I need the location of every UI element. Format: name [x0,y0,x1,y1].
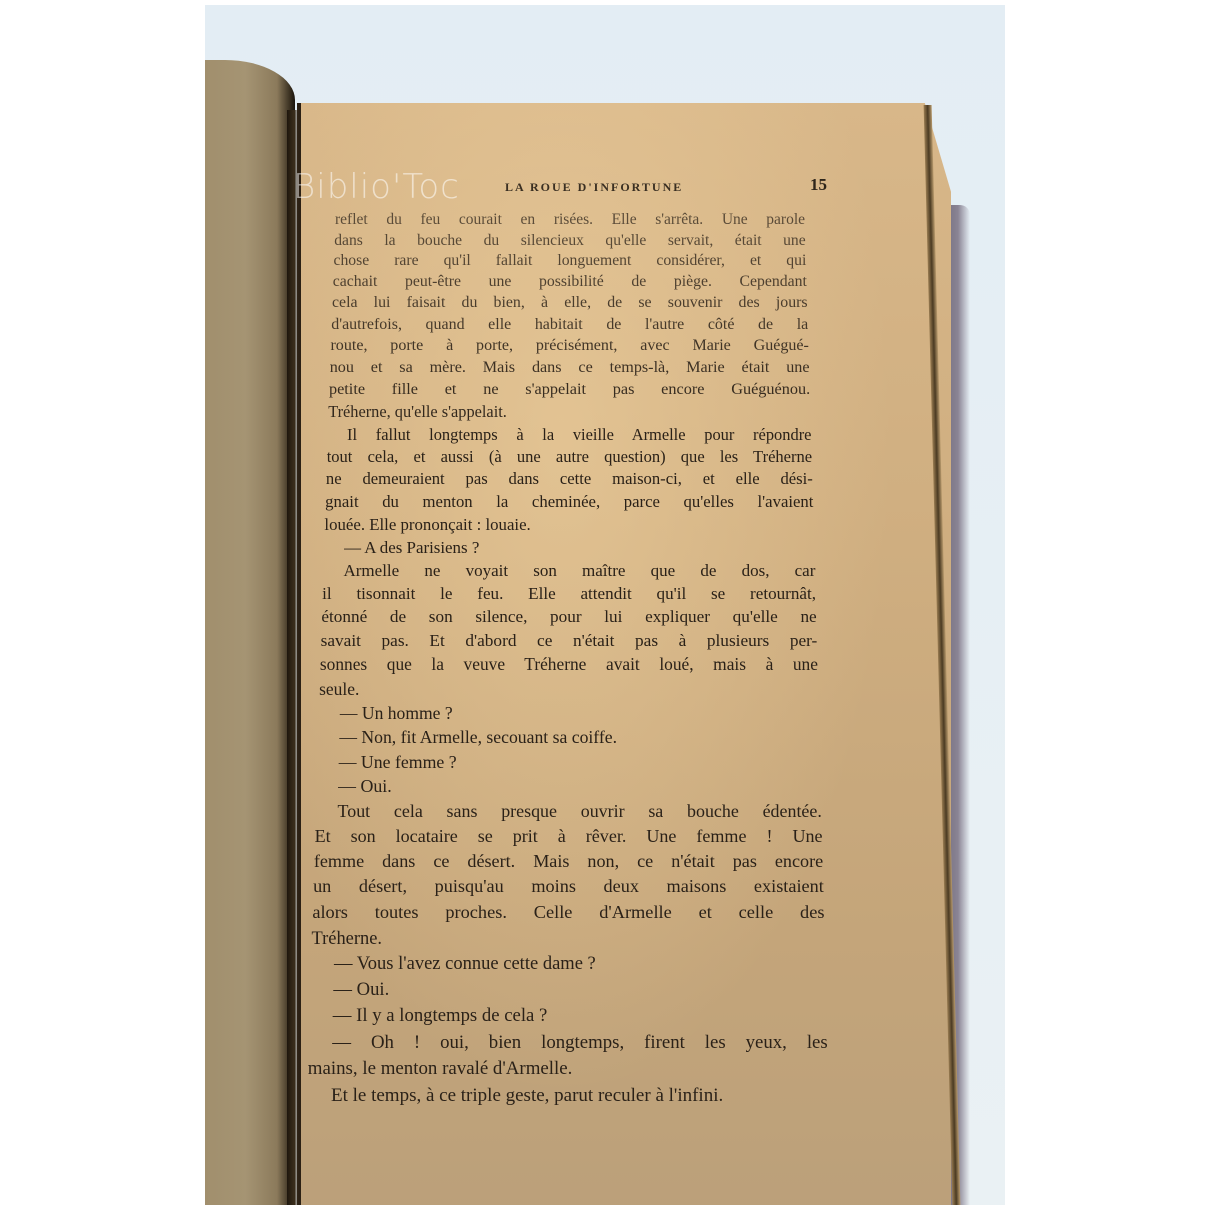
text-line: petite fille et ne s'appelait pas encore… [329,380,810,399]
text-line: ne demeuraient pas dans cette maison-ci,… [326,469,813,489]
text-line: louée. Elle prononçait : louaie. [324,515,530,535]
text-line: — A des Parisiens ? [344,538,479,558]
text-line: — Une femme ? [339,752,457,773]
text-line: route, porte à porte, précisément, avec … [330,337,808,355]
text-line: — Oui. [338,776,392,797]
watermark: Biblio'Toc [293,167,460,207]
text-line: — Oui. [333,979,389,1001]
gutter-shadow [287,110,299,1205]
text-line: nou et sa mère. Mais dans ce temps-là, M… [330,359,810,377]
page-number: 15 [810,175,827,195]
text-line: — Il y a longtemps de cela ? [333,1005,548,1027]
text-line: savait pas. Et d'abord ce n'était pas à … [321,631,818,651]
text-line: un désert, puisqu'au moins deux maisons … [313,876,824,897]
text-line: Tréherne, qu'elle s'appelait. [328,402,507,422]
text-line: Armelle ne voyait son maître que de dos,… [343,561,815,581]
text-line: cachait peut-être une possibilité de piè… [333,273,807,291]
running-head: LA ROUE D'INFORTUNE [505,180,683,195]
text-line: — Vous l'avez connue cette dame ? [334,953,596,975]
text-line: cela lui faisait du bien, à elle, de se … [332,294,808,312]
text-line: tout cela, et aussi (à une autre questio… [327,447,812,467]
book-photo: Biblio'Toc LA ROUE D'INFORTUNE 15 reflet… [205,5,1005,1205]
text-line: Il fallut longtemps à la vieille Armelle… [347,425,811,445]
text-line: étonné de son silence, pour lui explique… [321,607,816,627]
text-line: reflet du feu courait en risées. Elle s'… [335,211,805,229]
text-line: Et le temps, à ce triple geste, parut re… [331,1085,723,1107]
text-line: gnait du menton la cheminée, parce qu'el… [325,492,813,512]
text-line: chose rare qu'il fallait longuement cons… [334,252,807,270]
text-line: il tisonnait le feu. Elle attendit qu'il… [322,584,816,604]
text-line: Tout cela sans presque ouvrir sa bouche … [338,801,822,822]
text-line: dans la bouche du silencieux qu'elle ser… [334,232,805,250]
text-line: — Oh ! oui, bien longtemps, firent les y… [332,1032,828,1054]
text-line: — Non, fit Armelle, secouant sa coiffe. [339,727,617,748]
left-page [205,60,295,1205]
text-line: sonnes que la veuve Tréherne avait loué,… [320,655,818,675]
text-line: — Un homme ? [340,703,453,724]
text-line: seule. [319,679,359,700]
text-line: alors toutes proches. Celle d'Armelle et… [312,902,824,923]
text-line: Et son locataire se prit à rêver. Une fe… [315,826,823,847]
text-line: mains, le menton ravalé d'Armelle. [308,1058,573,1080]
text-line: d'autrefois, quand elle habitait de l'au… [331,316,808,334]
text-line: femme dans ce désert. Mais non, ce n'éta… [314,851,823,872]
text-line: Tréherne. [312,928,382,949]
